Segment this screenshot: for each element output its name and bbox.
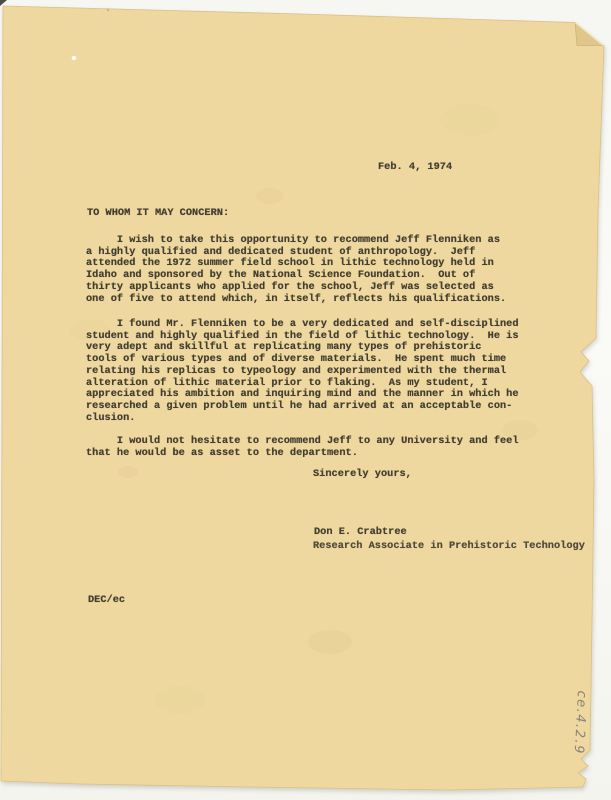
letter-text-layer: Feb. 4, 1974 TO WHOM IT MAY CONCERN: I w… (0, 0, 611, 800)
letter-salutation: TO WHOM IT MAY CONCERN: (87, 208, 229, 220)
reference-initials: DEC/ec (88, 595, 125, 607)
letter-closing: Sincerely yours, (313, 469, 412, 481)
scanned-letter-page: Feb. 4, 1974 TO WHOM IT MAY CONCERN: I w… (0, 0, 611, 800)
body-paragraph-2: I found Mr. Flenniken to be a very dedic… (86, 319, 519, 424)
signature-name: Don E. Crabtree (314, 527, 407, 539)
signature-title: Research Associate in Prehistoric Techno… (313, 541, 585, 553)
body-paragraph-3: I would not hesitate to recommend Jeff t… (86, 436, 519, 459)
body-paragraph-1: I wish to take this opportunity to recom… (86, 235, 506, 305)
letter-date: Feb. 4, 1974 (378, 162, 452, 174)
archival-pencil-annotation: ce.4.2.9 (571, 690, 589, 755)
